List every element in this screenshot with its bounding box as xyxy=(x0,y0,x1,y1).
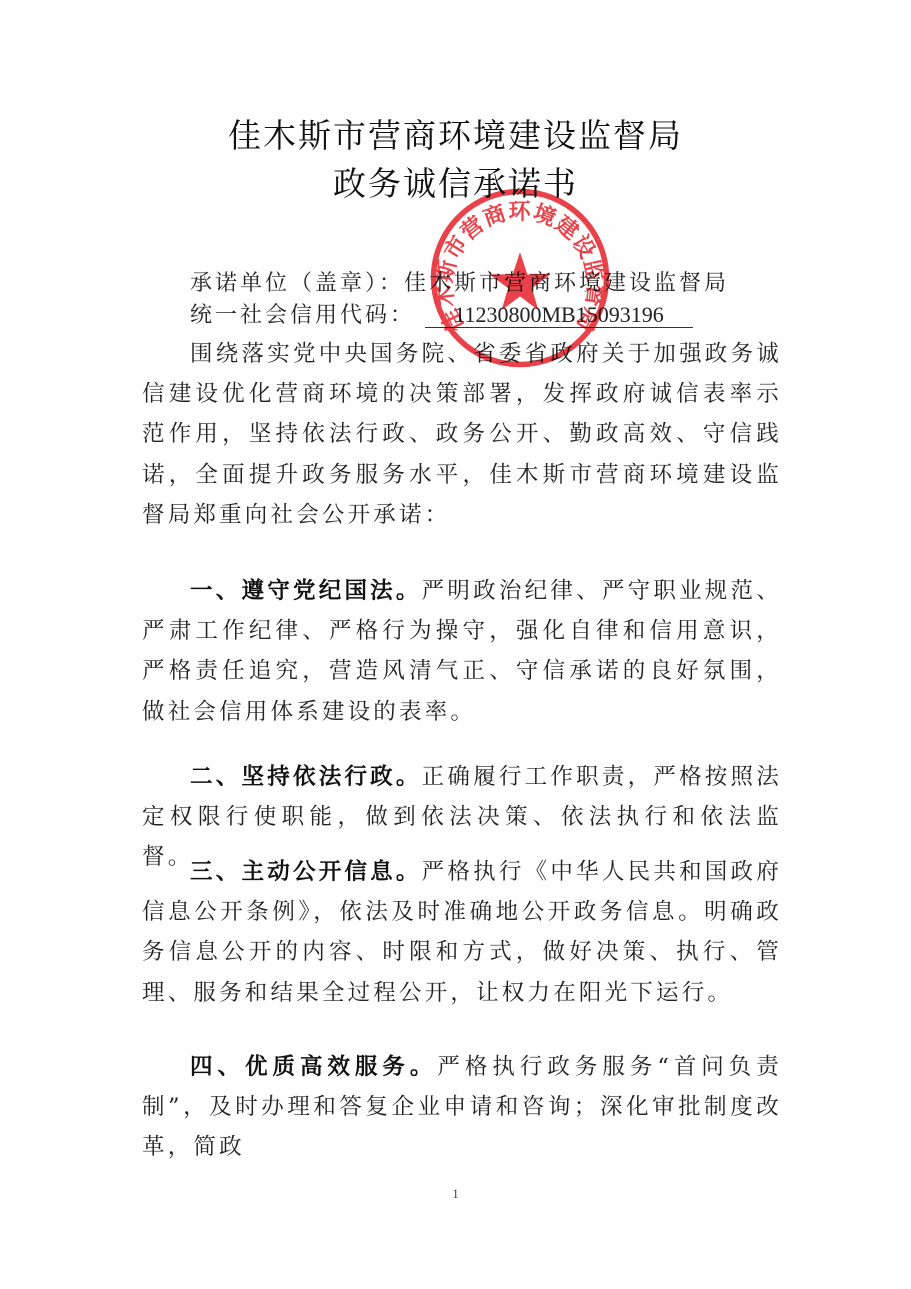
section-2-heading: 二、坚持依法行政。 xyxy=(190,764,422,790)
committing-unit-label: 承诺单位（盖章）： xyxy=(190,271,404,296)
committing-unit-value: 佳木斯市营商环境建设监督局 xyxy=(404,271,729,296)
credit-code-line: 统一社会信用代码：11230800MB15093196 xyxy=(190,298,693,329)
credit-code-value: 11230800MB15093196 xyxy=(425,303,693,328)
committing-unit-line: 承诺单位（盖章）：佳木斯市营商环境建设监督局 xyxy=(190,266,729,297)
document-title: 佳木斯市营商环境建设监督局 xyxy=(0,110,911,157)
intro-paragraph: 围绕落实党中央国务院、省委省政府关于加强政务诚信建设优化营商环境的决策部署，发挥… xyxy=(142,334,782,535)
document-page: 佳木斯市营商环境建设监督局 政务诚信承诺书 承诺单位（盖章）：佳木斯市营商环境建… xyxy=(0,0,911,1289)
section-3-heading: 三、主动公开信息。 xyxy=(190,859,422,885)
section-4-heading: 四、优质高效服务。 xyxy=(190,1054,437,1080)
credit-code-label: 统一社会信用代码： xyxy=(190,303,415,328)
section-3-paragraph: 三、主动公开信息。严格执行《中华人民共和国政府信息公开条例》，依法及时准确地公开… xyxy=(142,852,782,1013)
section-4-paragraph: 四、优质高效服务。严格执行政务服务“首问负责制”，及时办理和答复企业申请和咨询；… xyxy=(142,1047,782,1168)
section-1-paragraph: 一、遵守党纪国法。严明政治纪律、严守职业规范、严肃工作纪律、严格行为操守，强化自… xyxy=(142,571,782,732)
document-subtitle: 政务诚信承诺书 xyxy=(0,158,911,205)
section-1-heading: 一、遵守党纪国法。 xyxy=(190,578,422,604)
page-number: 1 xyxy=(0,1186,911,1202)
